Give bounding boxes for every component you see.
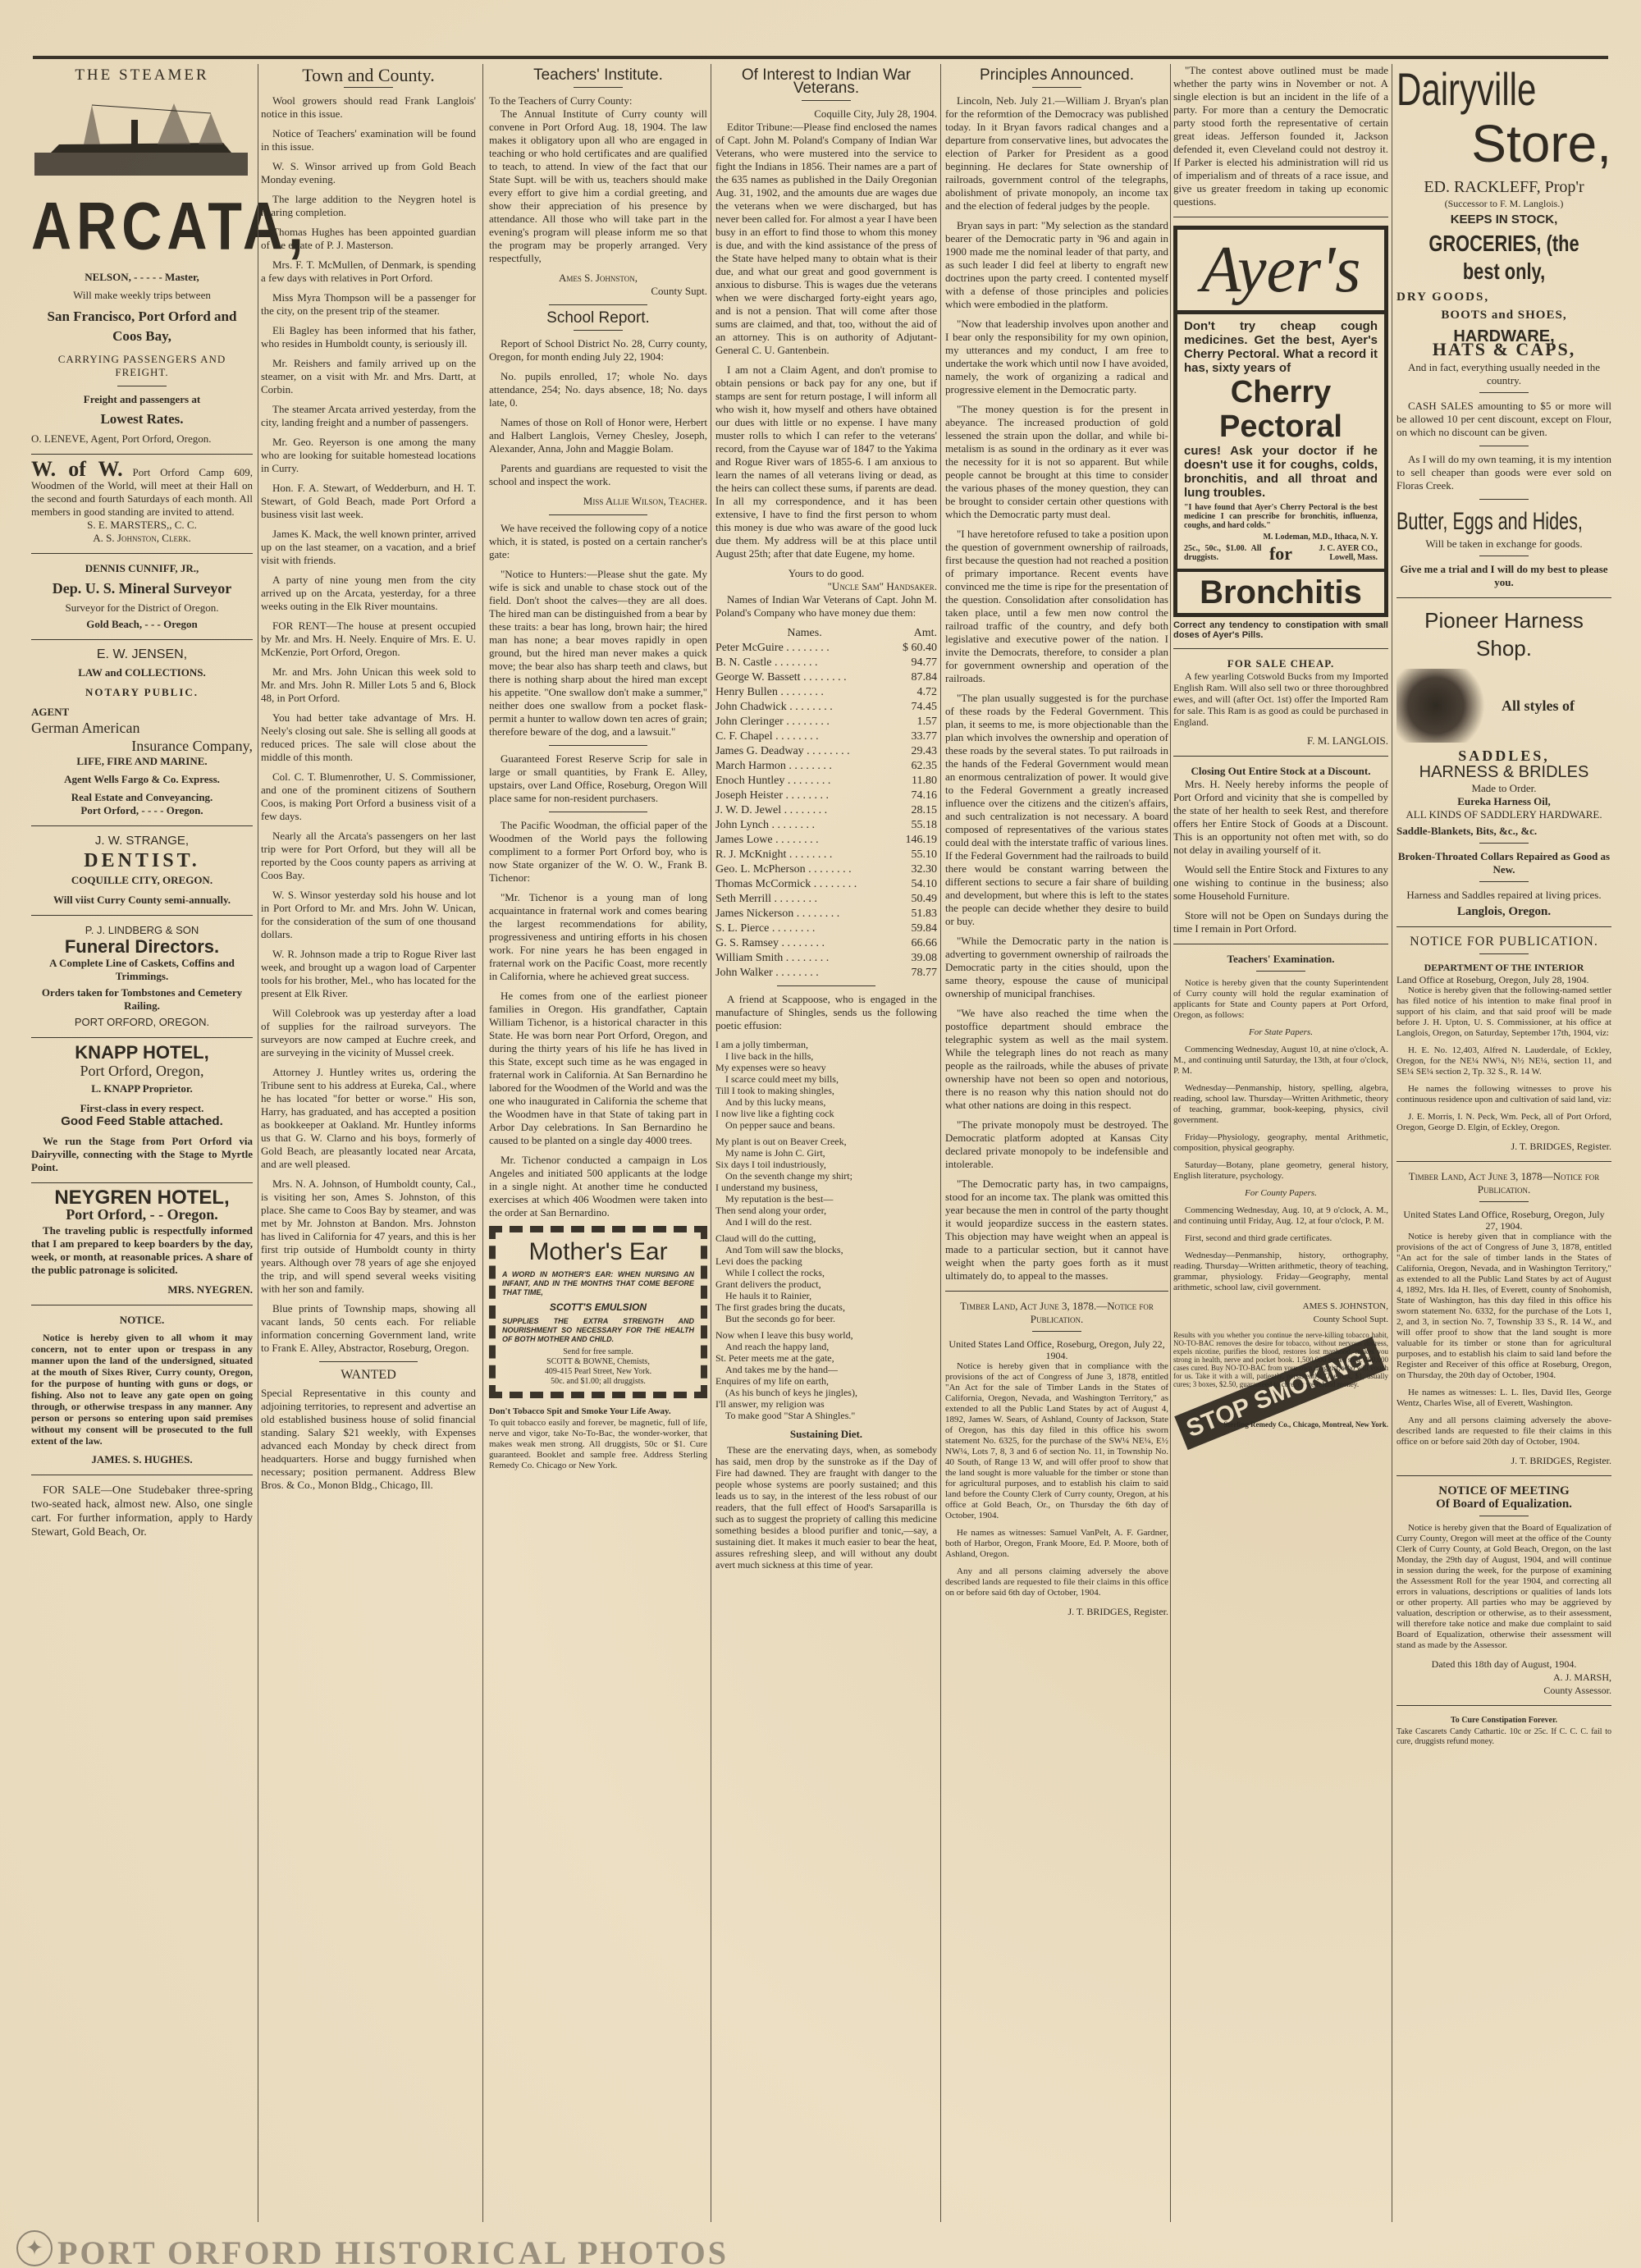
poem-line: Till I took to making shingles, (715, 1085, 937, 1096)
veteran-row: G. S. Ramsey . . . . . . . .66.66 (715, 936, 937, 951)
steamer-name: ARCATA, (31, 191, 253, 262)
exam-paragraph: Commencing Wednesday, August 10, at nine… (1173, 1045, 1388, 1077)
news-item: Mrs. N. A. Johnson, of Humboldt county, … (261, 1177, 476, 1296)
poem-line: My plant is out on Beaver Creek, (715, 1136, 937, 1147)
news-item: FOR RENT—The house at present occupied b… (261, 620, 476, 659)
steamship-icon (34, 97, 248, 179)
cunniff-name: DENNIS CUNNIFF, JR., (31, 562, 253, 575)
poem-line: Claud will do the cutting, (715, 1232, 937, 1244)
principles-paragraph: "The money question is for the present i… (945, 403, 1168, 521)
column-divider (482, 64, 483, 2222)
news-item: Mr. Reishers and family arrived up on th… (261, 357, 476, 396)
exam-paragraph: Friday—Physiology, geography, mental Ari… (1173, 1132, 1388, 1154)
poem-line: Grant delivers the product, (715, 1278, 937, 1290)
principles-paragraph: "The private monopoly must be destroyed.… (945, 1118, 1168, 1171)
principles-paragraph: "Now that leadership involves upon anoth… (945, 318, 1168, 396)
principles-paragraph: "The contest above outlined must be made… (1173, 64, 1388, 208)
column-divider (1170, 64, 1171, 2222)
poem-line: St. Peter meets me at the gate, (715, 1352, 937, 1364)
column-divider (258, 64, 258, 2222)
veteran-row: March Harmon . . . . . . . .62.35 (715, 759, 937, 774)
column-divider (940, 64, 941, 2222)
poem-line: And by this lucky means, (715, 1096, 937, 1108)
exam-paragraph: Commencing Wednesday, Aug. 10, at 9 o'cl… (1173, 1205, 1388, 1227)
news-item: Will Colebrook was up yesterday after a … (261, 1007, 476, 1059)
steamer-freight: Freight and passengers at (31, 393, 253, 406)
news-item: W. S. Winsor yesterday sold his house an… (261, 889, 476, 941)
principles-paragraph: "The plan usually suggested is for the p… (945, 692, 1168, 928)
dentist-title: DENTIST. (31, 854, 253, 867)
veteran-row: Enoch Huntley . . . . . . . .11.80 (715, 774, 937, 789)
news-item: Hon. F. A. Stewart, of Wedderburn, and H… (261, 482, 476, 521)
column-divider (711, 64, 711, 2222)
knapp-hotel-title: KNAPP HOTEL, (31, 1046, 253, 1059)
saddle-illustration (1396, 669, 1495, 743)
veteran-row: S. L. Pierce . . . . . . . .59.84 (715, 921, 937, 936)
poem-line: My expenses were so heavy (715, 1062, 937, 1073)
veteran-row: James Nickerson . . . . . . . .51.83 (715, 907, 937, 921)
steamer-route: San Francisco, Port Orford and Coos Bay, (31, 307, 253, 346)
poem-line: I live back in the hills, (715, 1050, 937, 1062)
strange-name: J. W. STRANGE, (31, 834, 253, 848)
exam-paragraph: First, second and third grade certificat… (1173, 1233, 1388, 1244)
news-item: Mrs. F. T. McMullen, of Denmark, is spen… (261, 258, 476, 285)
veteran-row: John Lynch . . . . . . . .55.18 (715, 818, 937, 833)
news-item: You had better take advantage of Mrs. H.… (261, 711, 476, 764)
poem-line: I understand my business, (715, 1182, 937, 1193)
news-item: A party of nine young men from the city … (261, 574, 476, 613)
poem-line: On the seventh change my shirt; (715, 1170, 937, 1182)
steamer-heading: THE STEAMER (31, 69, 253, 82)
for-sale-studebaker: FOR SALE—One Studebaker three-spring two… (31, 1484, 253, 1539)
ayers-ad: Ayer's Don't try cheap cough medicines. … (1173, 226, 1388, 617)
watermark-footer: PORT ORFORD HISTORICAL PHOTOS (57, 2234, 729, 2268)
town-items: Wool growers should read Frank Langlois'… (261, 94, 476, 1355)
poem-line: On pepper sauce and beans. (715, 1119, 937, 1131)
veteran-row: James G. Deadway . . . . . . . .29.43 (715, 744, 937, 759)
exam-paragraph: Saturday—Botany, plane geometry, general… (1173, 1160, 1388, 1182)
principles-paragraph: Lincoln, Neb. July 21.—William J. Bryan'… (945, 94, 1168, 213)
veteran-row: Peter McGuire . . . . . . . .$ 60.40 (715, 641, 937, 656)
funeral-title: Funeral Directors. (31, 940, 253, 953)
steamer-line: Will make weekly trips between (31, 289, 253, 302)
tobacco-heading: Don't Tobacco Spit and Smoke Your Life A… (489, 1405, 707, 1418)
compass-rose-icon: ✦ (16, 2230, 53, 2266)
exam-paragraph: Wednesday—Penmanship, history, orthograp… (1173, 1251, 1388, 1293)
veteran-row: Seth Merrill . . . . . . . .50.49 (715, 892, 937, 907)
column-ads-left: THE STEAMER ARCATA, NELSON, - - - - - Ma… (31, 64, 253, 1546)
steamer-agent: O. LENEVE, Agent, Port Orford, Oregon. (31, 432, 253, 446)
news-item: Notice of Teachers' examination will be … (261, 127, 476, 153)
exam-paragraph: For County Papers. (1173, 1188, 1388, 1199)
news-item: Blue prints of Township maps, showing al… (261, 1302, 476, 1355)
poem-line: I now live like a fighting cock (715, 1108, 937, 1119)
column-dairyville: Dairyville Store, ED. RACKLEFF, Prop'r (… (1396, 64, 1611, 1747)
poem-line: Now when I leave this busy world, (715, 1329, 937, 1341)
teachers-institute-heading: Teachers' Institute. (489, 69, 707, 82)
poem-line: Enquires of my life on earth, (715, 1375, 937, 1387)
veterans-heading: Of Interest to Indian War Veterans. (715, 69, 937, 95)
column-divider (1392, 64, 1392, 2222)
wow-ad: W. of W. Port Orford Camp 609, Woodmen o… (31, 463, 253, 519)
principles-paragraph: "We have also reached the time when the … (945, 1007, 1168, 1112)
cascarets-heading: To Cure Constipation Forever. (1396, 1714, 1611, 1727)
news-item: Eli Bagley has been informed that his fa… (261, 324, 476, 350)
jensen-name: E. W. JENSEN, (31, 648, 253, 661)
veteran-row: B. N. Castle . . . . . . . .94.77 (715, 656, 937, 670)
dairyville-title: Dairyville (1396, 64, 1558, 115)
news-item: The large addition to the Neygren hotel … (261, 193, 476, 219)
principles-paragraph: Bryan says in part: "My selection as the… (945, 219, 1168, 311)
column-veterans: Of Interest to Indian War Veterans. Coqu… (715, 64, 937, 1577)
principles-heading: Principles Announced. (945, 69, 1168, 82)
news-item: The steamer Arcata arrived yesterday, fr… (261, 403, 476, 429)
newspaper-page: THE STEAMER ARCATA, NELSON, - - - - - Ma… (0, 0, 1641, 2268)
timber-land-heading: Timber Land, Act June 3, 1878.—Notice fo… (945, 1300, 1168, 1326)
exam-paragraph: Notice is hereby given that the county S… (1173, 978, 1388, 1021)
wow-heading: W. of W. (31, 457, 123, 481)
news-item: Thomas Hughes has been appointed guardia… (261, 226, 476, 252)
harness-shop-title: Pioneer Harness Shop. (1396, 606, 1611, 662)
poem: I am a jolly timberman,I live back in th… (715, 1039, 937, 1421)
closing-out-heading: Closing Out Entire Stock at a Discount. (1173, 765, 1388, 778)
mothers-ear-ad: Mother's Ear A WORD IN MOTHER'S EAR: WHE… (489, 1226, 707, 1398)
diet-heading: Sustaining Diet. (715, 1428, 937, 1441)
veteran-row: John Cleringer . . . . . . . .1.57 (715, 715, 937, 729)
column-principles: Principles Announced. Lincoln, Neb. July… (945, 64, 1168, 1618)
news-item: Attorney J. Huntley writes us, ordering … (261, 1066, 476, 1171)
news-item: Nearly all the Arcata's passengers on he… (261, 830, 476, 882)
steamer-master: NELSON, - - - - - Master, (31, 271, 253, 284)
wanted-heading: WANTED (261, 1369, 476, 1382)
news-item: W. R. Johnson made a trip to Rogue River… (261, 948, 476, 1000)
poem-line: I am a jolly timberman, (715, 1039, 937, 1050)
stop-smoking-ad: Results with you whether you continue th… (1173, 1331, 1388, 1438)
exam-paragraph: Wednesday—Penmanship, history, spelling,… (1173, 1083, 1388, 1126)
poem-line: But the seconds go for beer. (715, 1313, 937, 1324)
veteran-row: John Walker . . . . . . . .78.77 (715, 966, 937, 981)
news-item: Wool growers should read Frank Langlois'… (261, 94, 476, 121)
poem-line: And reach the happy land, (715, 1341, 937, 1352)
meeting-heading: NOTICE OF MEETING (1396, 1484, 1611, 1498)
veteran-row: R. J. McKnight . . . . . . . .55.10 (715, 848, 937, 862)
wanted-text: Special Representative in this county an… (261, 1387, 476, 1492)
veteran-row: Henry Bullen . . . . . . . .4.72 (715, 685, 937, 700)
news-item: W. S. Winsor arrived up from Gold Beach … (261, 160, 476, 186)
news-item: Col. C. T. Blumenrother, U. S. Commissio… (261, 770, 476, 823)
poem-line: The first grades bring the ducats, (715, 1301, 937, 1313)
principles-paragraph: "I have heretofore refused to take a pos… (945, 528, 1168, 685)
veterans-table: Names.Amt. Peter McGuire . . . . . . . .… (715, 626, 937, 981)
poem-line: Six days I toil industriously, (715, 1159, 937, 1170)
top-rule (33, 56, 1608, 59)
steamer-rates: Lowest Rates. (31, 413, 253, 426)
poem-line: And I will do the rest. (715, 1216, 937, 1228)
veteran-row: Geo. L. McPherson . . . . . . . .32.30 (715, 862, 937, 877)
news-item: Miss Myra Thompson will be a passenger f… (261, 291, 476, 318)
poem-line: Then send along your order, (715, 1205, 937, 1216)
school-report-heading: School Report. (489, 312, 707, 325)
column-ayers: "The contest above outlined must be made… (1173, 64, 1388, 1438)
poem-line: Levi does the packing (715, 1255, 937, 1267)
veteran-row: William Smith . . . . . . . .39.08 (715, 951, 937, 966)
principles-paragraph: "While the Democratic party in the natio… (945, 935, 1168, 1000)
steamship-illustration (34, 97, 249, 179)
news-item: James K. Mack, the well known printer, a… (261, 528, 476, 567)
poem-line: (As his bunch of keys he jingles), (715, 1387, 937, 1398)
town-county-heading: Town and County. (261, 69, 476, 82)
timber-land-heading-2: Timber Land, Act June 3, 1878—Notice for… (1396, 1170, 1611, 1196)
veteran-row: John Chadwick . . . . . . . .74.45 (715, 700, 937, 715)
poem-line: He hauls it to Rainier, (715, 1290, 937, 1301)
poem-line: While I collect the rocks, (715, 1267, 937, 1278)
poem-line: I scarce could meet my bills, (715, 1073, 937, 1085)
cunniff-title: Dep. U. S. Mineral Surveyor (31, 582, 253, 595)
principles-paragraph: "The Democratic party has, in two campai… (945, 1177, 1168, 1283)
exam-paragraph: For State Papers. (1173, 1027, 1388, 1038)
veteran-row: C. F. Chapel . . . . . . . .33.77 (715, 729, 937, 744)
column-town-county: Town and County. Wool growers should rea… (261, 64, 476, 1492)
veteran-row: George W. Bassett . . . . . . . .87.84 (715, 670, 937, 685)
veteran-row: James Lowe . . . . . . . .146.19 (715, 833, 937, 848)
for-sale-cheap-heading: FOR SALE CHEAP. (1173, 657, 1388, 670)
poem-line: And takes me by the hand— (715, 1364, 937, 1375)
notice-for-publication-heading: NOTICE FOR PUBLICATION. (1396, 935, 1611, 949)
veteran-row: Joseph Heister . . . . . . . .74.16 (715, 789, 937, 803)
poem-line: To make good "Star A Shingles." (715, 1410, 937, 1421)
column-teachers: Teachers' Institute. To the Teachers of … (489, 64, 707, 1471)
news-item: Mr. and Mrs. John Unican this week sold … (261, 665, 476, 705)
notice-heading: NOTICE. (31, 1314, 253, 1327)
poem-line: My reputation is the best— (715, 1193, 937, 1205)
news-item: Mr. Geo. Reyerson is one among the many … (261, 436, 476, 475)
neygren-hotel-title: NEYGREN HOTEL, (31, 1191, 253, 1205)
veteran-row: J. W. D. Jewel . . . . . . . .28.15 (715, 803, 937, 818)
poem-line: And Tom will saw the blocks, (715, 1244, 937, 1255)
poem-line: My name is John C. Girt, (715, 1147, 937, 1159)
veteran-row: Thomas McCormick . . . . . . . .54.10 (715, 877, 937, 892)
steamer-cargo: CARRYING PASSENGERS AND FREIGHT. (31, 353, 253, 379)
poem-line: I'll answer, my religion was (715, 1398, 937, 1410)
teachers-exam-heading: Teachers' Examination. (1173, 953, 1388, 966)
